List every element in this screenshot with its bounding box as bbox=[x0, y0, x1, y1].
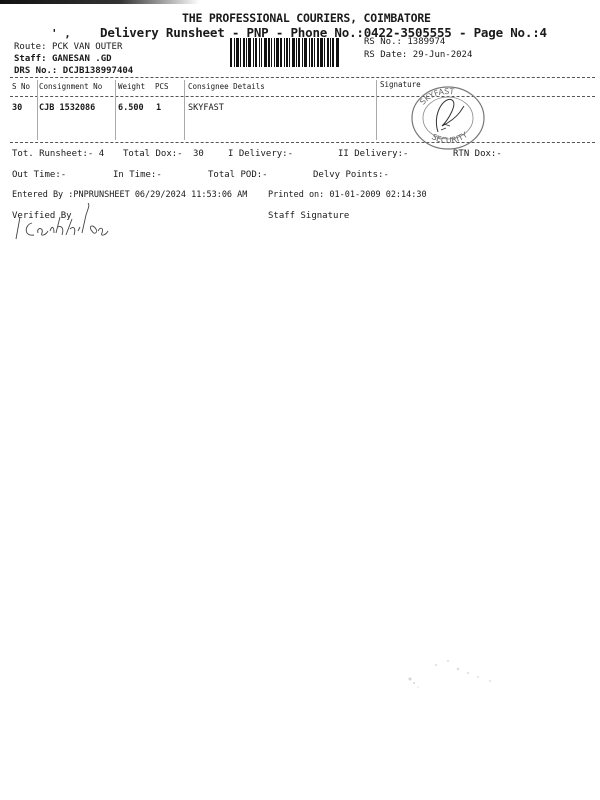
col-divider bbox=[115, 80, 116, 140]
delvy-points: Delvy Points:- bbox=[313, 170, 389, 180]
handwritten-signature-icon: Karthika bbox=[12, 203, 112, 245]
skyfast-security-stamp-icon: SKYFAST SECURITY bbox=[408, 84, 488, 152]
col-divider bbox=[184, 80, 185, 140]
printed-on: Printed on: 01-01-2009 02:14:30 bbox=[268, 190, 427, 200]
staff-signature-label: Staff Signature bbox=[268, 211, 349, 221]
rs-no-value: 1389974 bbox=[407, 37, 445, 47]
col-weight: Weight bbox=[118, 82, 145, 91]
i-delivery: I Delivery:- bbox=[228, 149, 293, 159]
rs-date-label: RS Date: bbox=[364, 50, 407, 60]
cell-consignment-no: CJB 1532086 bbox=[39, 103, 95, 113]
cell-weight: 6.500 bbox=[118, 103, 144, 113]
staff-line: Staff: GANESAN .GD bbox=[14, 54, 112, 64]
col-consignee-details: Consignee Details bbox=[188, 82, 265, 91]
entered-by: Entered By :PNPRUNSHEET 06/29/2024 11:53… bbox=[12, 190, 247, 200]
cell-s-no: 30 bbox=[12, 103, 22, 113]
drs-line: DRS No.: DCJB138997404 bbox=[14, 66, 133, 76]
cell-pcs: 1 bbox=[156, 103, 161, 113]
scan-shadow bbox=[0, 0, 200, 4]
col-s-no: S No bbox=[12, 82, 30, 91]
print-marks: ' , bbox=[51, 27, 71, 40]
cell-consignee: SKYFAST bbox=[188, 103, 224, 113]
rs-no-label: RS No.: bbox=[364, 37, 402, 47]
staff-value: GANESAN .GD bbox=[52, 54, 112, 64]
table-bottom-divider bbox=[10, 142, 595, 143]
rs-date-line: RS Date: 29-Jun-2024 bbox=[364, 50, 472, 60]
in-time: In Time:- bbox=[113, 170, 162, 180]
route-value: PCK VAN OUTER bbox=[52, 42, 122, 52]
col-pcs: PCS bbox=[155, 82, 169, 91]
staff-label: Staff: bbox=[14, 54, 47, 64]
col-divider bbox=[376, 80, 377, 140]
drs-label: DRS No.: bbox=[14, 66, 57, 76]
ii-delivery: II Delivery:- bbox=[338, 149, 408, 159]
drs-value: DCJB138997404 bbox=[63, 66, 133, 76]
tot-runsheet: Tot. Runsheet:- 4 bbox=[12, 149, 104, 159]
out-time: Out Time:- bbox=[12, 170, 66, 180]
route-line: Route: PCK VAN OUTER bbox=[14, 42, 122, 52]
svg-text:SECURITY: SECURITY bbox=[430, 130, 469, 145]
company-title: THE PROFESSIONAL COURIERS, COIMBATORE bbox=[182, 11, 431, 25]
rtn-dox: RTN Dox:- bbox=[453, 149, 502, 159]
col-divider bbox=[37, 80, 38, 140]
total-dox-label: Total Dox:- bbox=[123, 149, 183, 159]
col-consignment-no: Consignment No bbox=[39, 82, 102, 91]
rs-no-line: RS No.: 1389974 bbox=[364, 37, 445, 47]
total-pod: Total POD:- bbox=[208, 170, 268, 180]
table-header-divider bbox=[10, 96, 595, 97]
route-label: Route: bbox=[14, 42, 47, 52]
scan-specks bbox=[400, 655, 500, 695]
total-dox-value: 30 bbox=[193, 149, 204, 159]
barcode bbox=[230, 38, 358, 67]
rs-date-value: 29-Jun-2024 bbox=[413, 50, 473, 60]
table-top-divider bbox=[10, 77, 595, 78]
